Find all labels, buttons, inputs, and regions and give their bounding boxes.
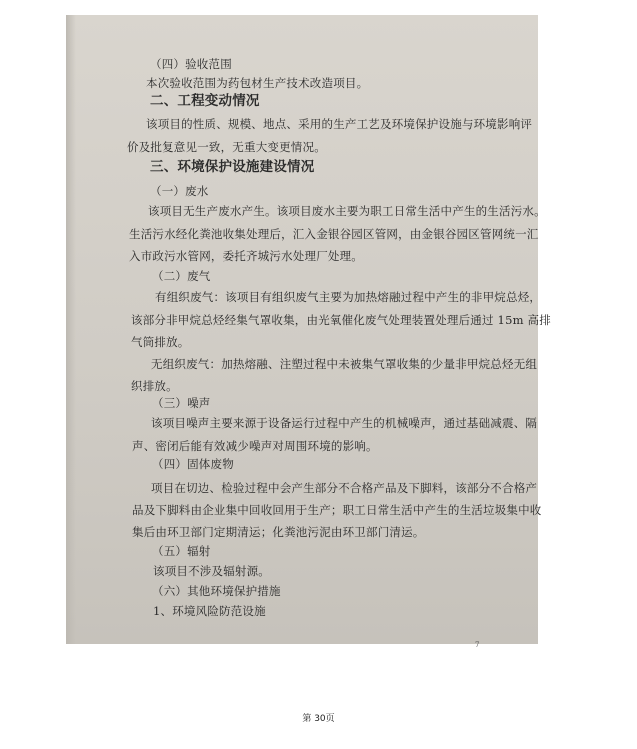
footer-page-label: 第 30页 (0, 711, 637, 724)
paragraph-line: 声、密闭后能有效减少噪声对周围环境的影响。 (132, 439, 378, 453)
subsection-heading: （五）辐射 (152, 544, 211, 558)
paragraph-line: 入市政污水管网，委托齐城污水处理厂处理。 (129, 249, 363, 263)
paragraph-line: 该项目噪声主要来源于设备运行过程中产生的机械噪声，通过基础减震、隔 (151, 416, 537, 430)
scanned-page-photo (66, 15, 538, 644)
paragraph-line: 生活污水经化粪池收集处理后，汇入金银谷园区管网，由金银谷园区管网统一汇 (129, 227, 539, 241)
subsection-heading: （四）固体废物 (152, 457, 234, 471)
paragraph-line: 有组织废气：该项目有组织废气主要为加热熔融过程中产生的非甲烷总烃， (155, 290, 541, 304)
paragraph-line: 品及下脚料由企业集中回收回用于生产；职工日常生活中产生的生活垃圾集中收 (132, 503, 542, 517)
paragraph-line: 该项目的性质、规模、地点、采用的生产工艺及环境保护设施与环境影响评 (146, 117, 532, 131)
paragraph-line: 该项目不涉及辐射源。 (153, 564, 270, 578)
paragraph-line: 该项目无生产废水产生。该项目废水主要为职工日常生活中产生的生活污水。 (148, 204, 546, 218)
subsection-heading: （三）噪声 (152, 396, 211, 410)
subsection-heading: （四）验收范围 (150, 57, 232, 71)
subsection-heading: （六）其他环境保护措施 (152, 584, 281, 598)
subsection-heading: （二）废气 (152, 269, 211, 283)
subsection-heading: （一）废水 (150, 184, 209, 198)
section-heading: 二、工程变动情况 (150, 94, 260, 108)
paragraph-line: 集后由环卫部门定期清运；化粪池污泥由环卫部门清运。 (132, 525, 425, 539)
section-heading: 三、环境保护设施建设情况 (150, 160, 314, 174)
paragraph-line: 该部分非甲烷总烃经集气罩收集，由光氧催化废气处理装置处理后通过 15m 高排 (131, 313, 551, 327)
paragraph-line: 项目在切边、检验过程中会产生部分不合格产品及下脚料，该部分不合格产 (151, 481, 537, 495)
scanned-page-number: 7 (475, 641, 479, 649)
paragraph-line: 价及批复意见一致，无重大变更情况。 (127, 140, 326, 154)
paragraph-line: 无组织废气：加热熔融、注塑过程中未被集气罩收集的少量非甲烷总烃无组 (151, 357, 537, 371)
paragraph-line: 织排放。 (131, 379, 178, 393)
paragraph-line: 气筒排放。 (131, 335, 190, 349)
paragraph-line: 本次验收范围为药包材生产技术改造项目。 (146, 76, 368, 90)
paragraph-line: 1、环境风险防范设施 (153, 604, 266, 618)
